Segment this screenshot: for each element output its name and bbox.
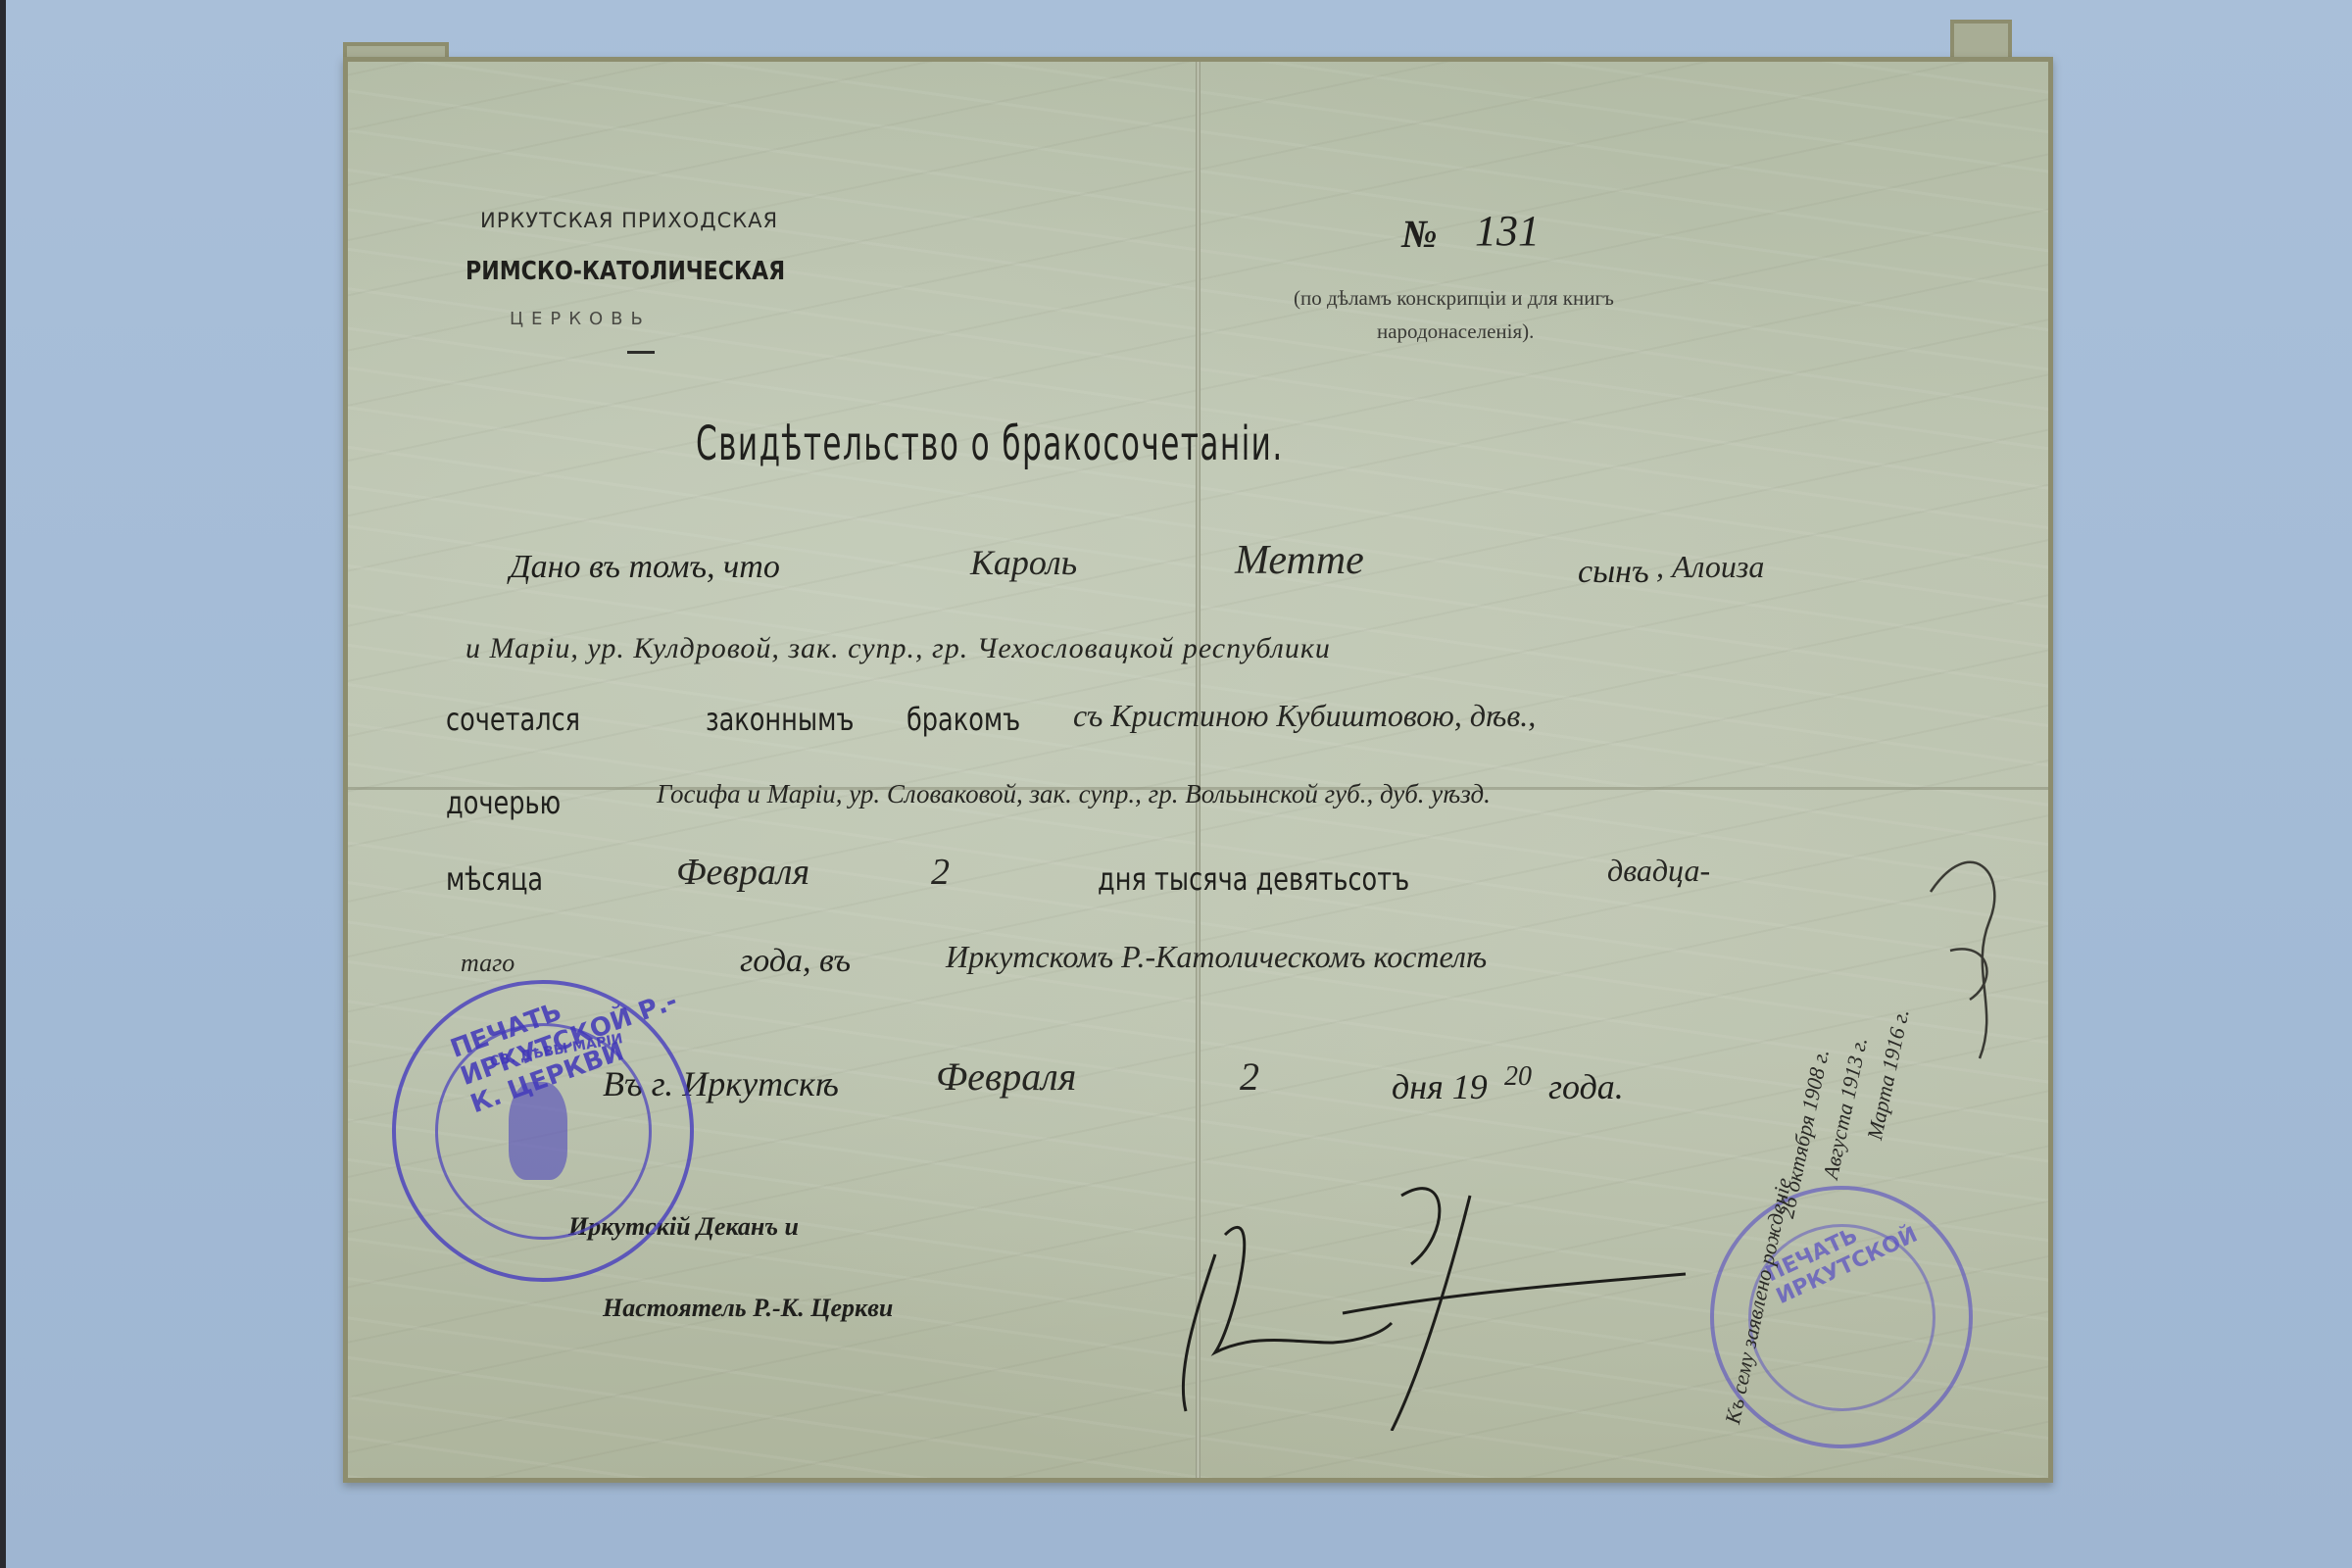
body-printed-marriage: бракомъ xyxy=(906,701,1020,738)
groom-first-name: Кароль xyxy=(970,542,1077,583)
bride-name: съ Кристиною Кубиштовою, дѣв., xyxy=(1073,698,1536,734)
signature-title-line2: Настоятель Р.-К. Церкви xyxy=(603,1294,893,1323)
body-printed-son: сынъ xyxy=(1578,554,1649,591)
date-day: 2 xyxy=(1240,1053,1259,1100)
church-header-line3: ЦЕРКОВЬ xyxy=(510,309,651,329)
date-year-handwritten: 20 xyxy=(1504,1061,1532,1093)
groom-father: , Алоиза xyxy=(1656,549,1764,585)
priest-signature xyxy=(1156,1176,1705,1431)
body-printed-daughter: дочерью xyxy=(446,784,561,821)
left-church-stamp: ПЕЧАТЬ ИРКУТСКОЙ Р.-К. ЦЕРКВИ СВ. ДѢВЫ М… xyxy=(392,980,694,1282)
certificate-number: 131 xyxy=(1475,206,1540,256)
number-label: № xyxy=(1401,211,1438,257)
left-stamp-emblem xyxy=(509,1082,567,1180)
marriage-place: Иркутскомъ Р.-Католическомъ костелѣ xyxy=(946,939,1487,975)
church-header-line2: РИМСКО-КАТОЛИЧЕСКАЯ xyxy=(465,257,785,286)
body-printed-month: мѣсяца xyxy=(446,860,543,898)
number-note-line1: (по дѣламъ конскрипціи и для книгъ xyxy=(1294,286,1614,311)
marriage-year-words: двадца- xyxy=(1607,853,1710,889)
body-printed-married: сочетался xyxy=(446,701,580,738)
groom-details: и Маріи, ур. Кулдровой, зак. супр., гр. … xyxy=(465,632,1331,665)
body-printed-lawful: законнымъ xyxy=(706,701,855,738)
header-dash xyxy=(627,351,655,354)
body-printed-year-in: года, въ xyxy=(740,943,851,980)
marriage-year-words-end: таго xyxy=(461,949,514,978)
document-title: Свидѣтельство о бракосочетаніи. xyxy=(696,416,1284,471)
number-note-line2: народонаселенія). xyxy=(1377,319,1534,344)
body-printed-year-words: дня тысяча девятьсотъ xyxy=(1098,860,1409,898)
church-header-line1: ИРКУТСКАЯ ПРИХОДСКАЯ xyxy=(480,209,778,232)
date-printed-year: года. xyxy=(1548,1066,1624,1107)
body-printed-given: Дано въ томъ, что xyxy=(510,549,780,586)
date-printed-day-year: дня 19 xyxy=(1392,1066,1488,1107)
frame-edge xyxy=(0,0,6,1568)
marriage-day: 2 xyxy=(931,851,950,894)
margin-signature xyxy=(1911,833,2029,1088)
marriage-month: Февраля xyxy=(676,851,809,894)
date-month: Февраля xyxy=(936,1053,1076,1100)
groom-surname: Метте xyxy=(1235,537,1364,584)
bride-details: Госифа и Маріи, ур. Словаковой, зак. суп… xyxy=(657,779,1491,809)
